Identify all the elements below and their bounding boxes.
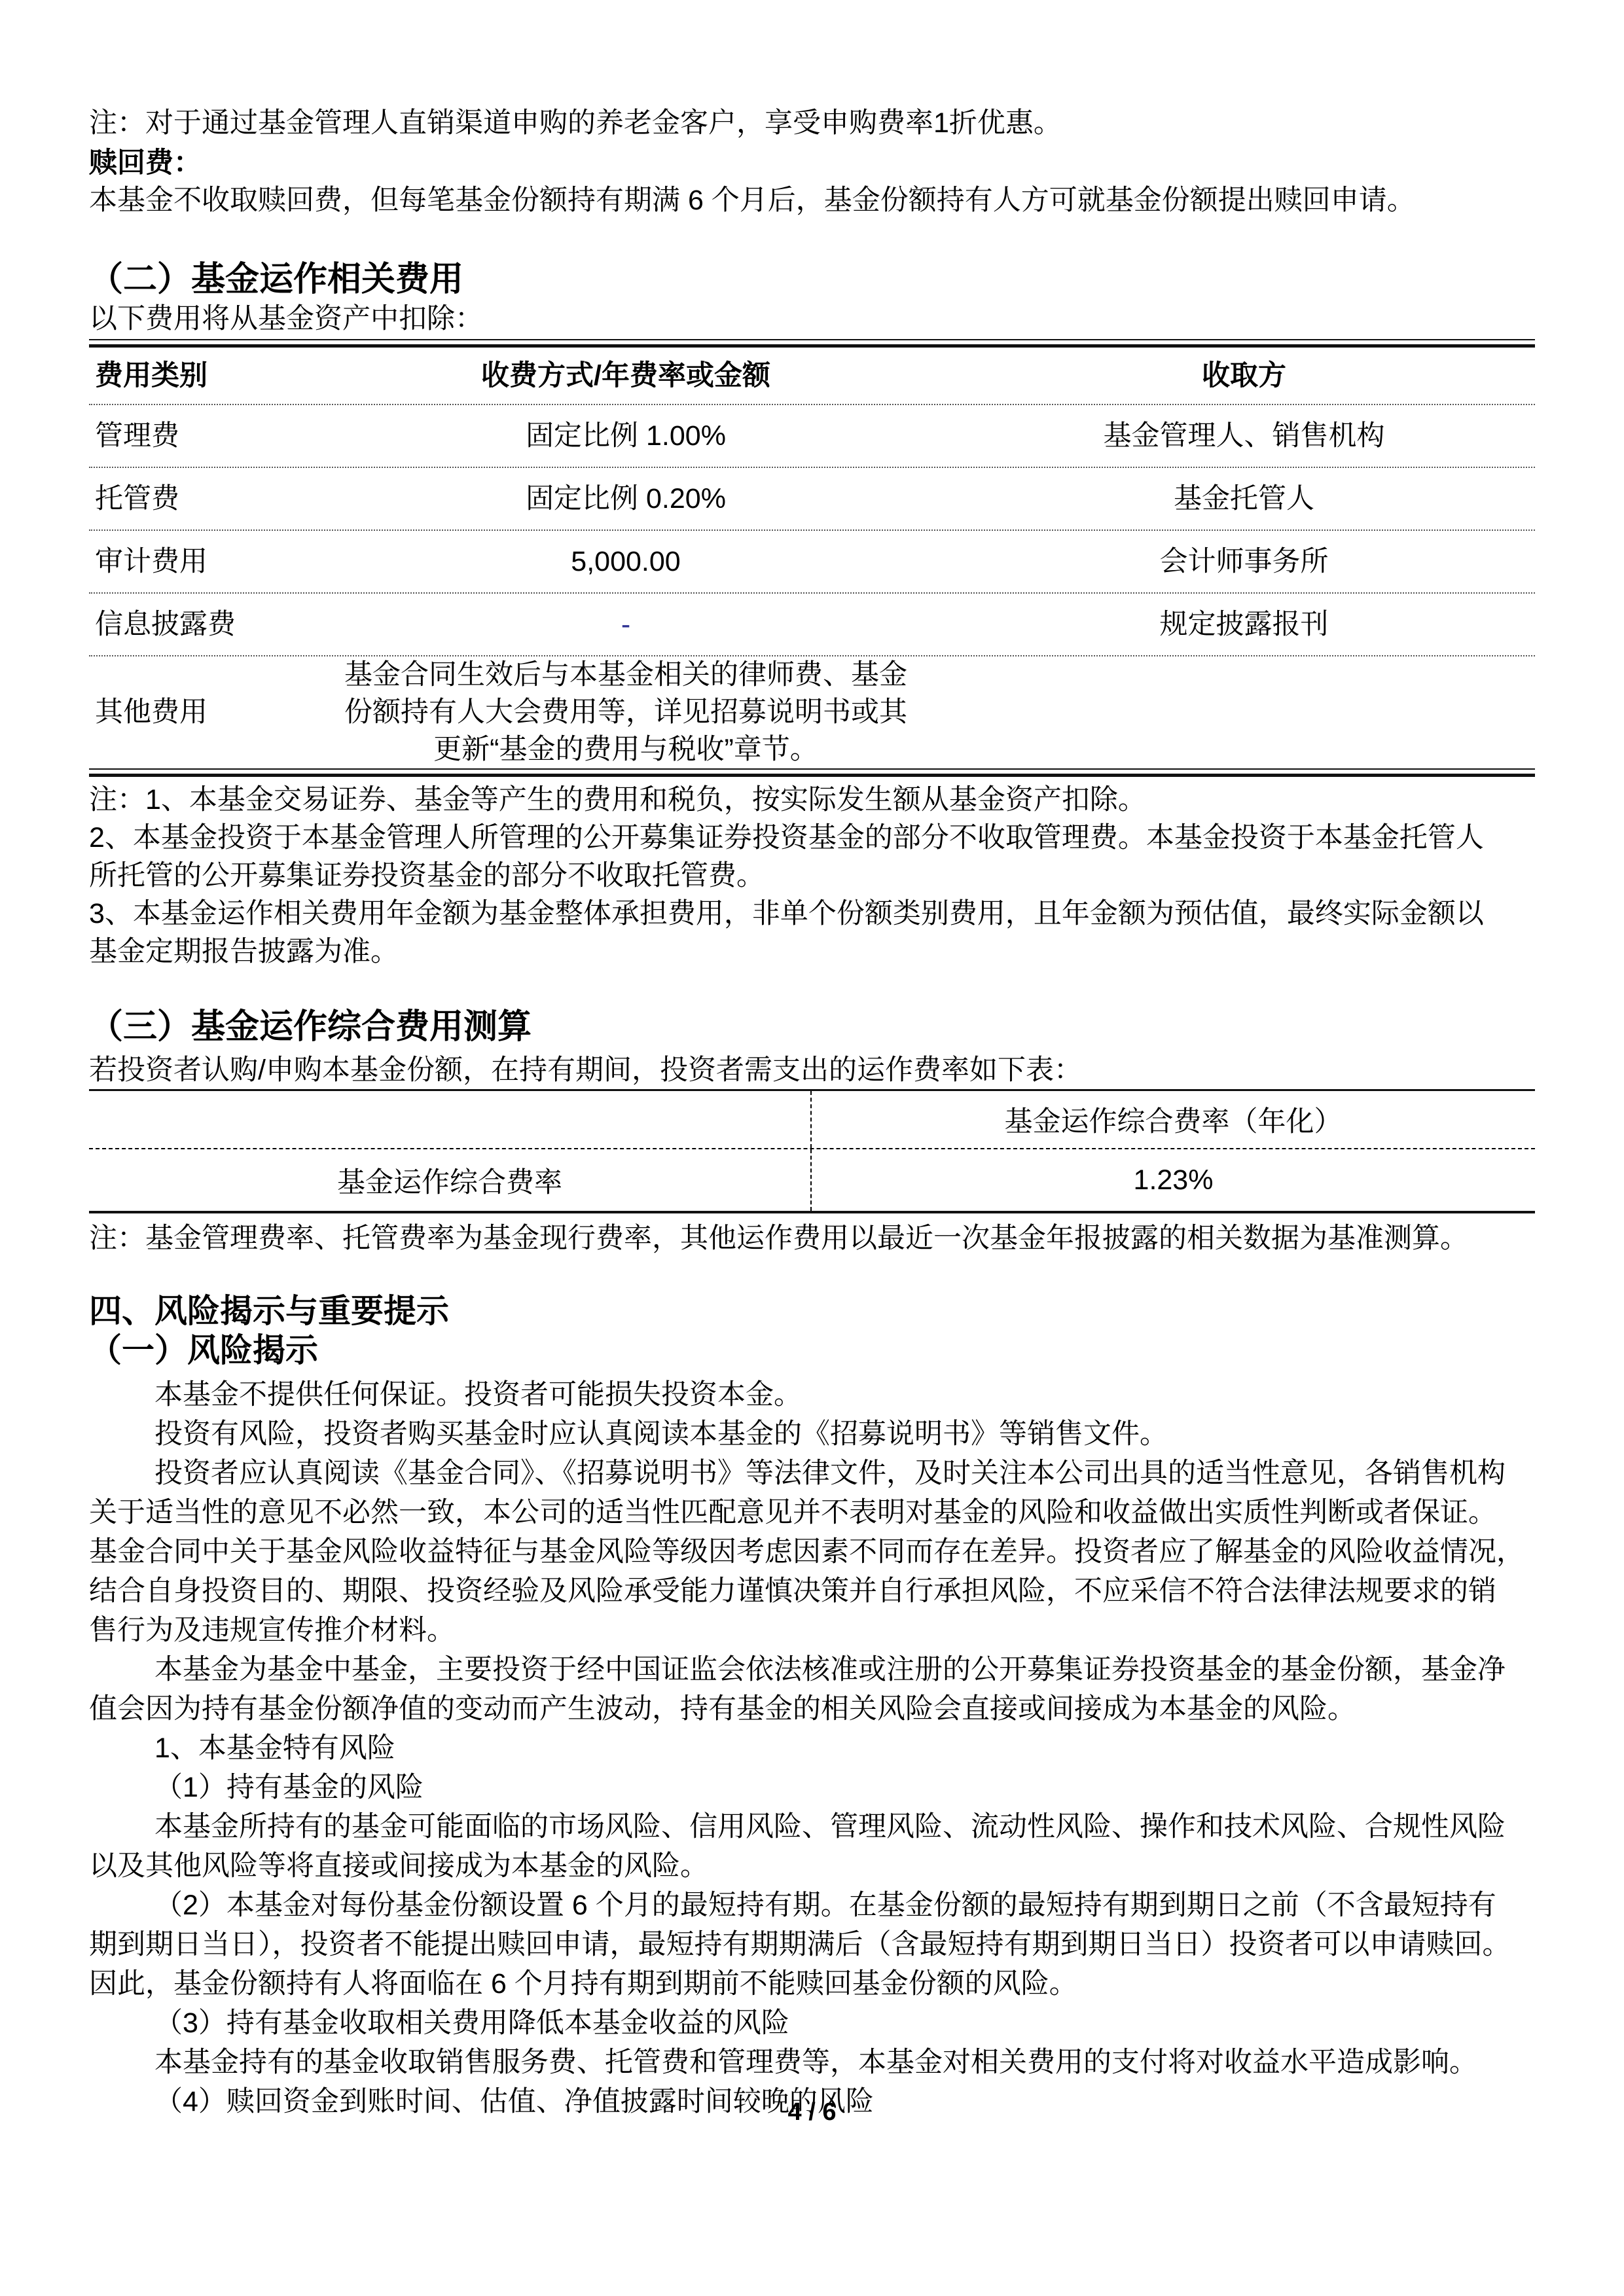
fee-receiver: 会计师事务所 (953, 543, 1535, 581)
paragraph-line: （1）持有基金的风险 (89, 1768, 1535, 1807)
fee-receiver: 基金托管人 (953, 480, 1535, 518)
paragraph-line: 以及其他风险等将直接或间接成为本基金的风险。 (89, 1846, 1535, 1886)
section2-heading: （二）基金运作相关费用 (89, 260, 1535, 299)
document-page: 注：对于通过基金管理人直销渠道申购的养老金客户，享受申购费率1折优惠。 赎回费：… (0, 0, 1624, 2296)
paragraph-line: 售行为及违规宣传推介材料。 (89, 1611, 1535, 1650)
note-line: 所托管的公开募集证券投资基金的部分不收取托管费。 (89, 857, 1535, 895)
table-row: 管理费 固定比例 1.00% 基金管理人、销售机构 (89, 405, 1535, 468)
description-line: 份额持有人大会费用等，详见招募说明书或其 (298, 694, 953, 731)
empty-header-cell (89, 1091, 812, 1148)
risk-disclosure-text: 本基金不提供任何保证。投资者可能损失投资本金。投资有风险，投资者购买基金时应认真… (89, 1375, 1535, 2121)
table1-top-border (89, 339, 1535, 348)
section2-lead: 以下费用将从基金资产中扣除： (89, 300, 1535, 338)
col-header-fee-receiver: 收取方 (953, 357, 1535, 395)
fee-receiver: 基金管理人、销售机构 (953, 418, 1535, 455)
col-header-fee-type: 费用类别 (89, 357, 298, 395)
dash-placeholder: - (298, 606, 953, 643)
operation-fees-table: 费用类别 收费方式/年费率或金额 收取方 管理费 固定比例 1.00% 基金管理… (89, 339, 1535, 777)
paragraph-line: 值会因为持有基金份额净值的变动而产生波动，持有基金的相关风险会直接或间接成为本基… (89, 1689, 1535, 1729)
paragraph-line: 本基金所持有的基金可能面临的市场风险、信用风险、管理风险、流动性风险、操作和技术… (89, 1807, 1535, 1846)
section3-heading: （三）基金运作综合费用测算 (89, 1007, 1535, 1047)
page-number: 4 / 6 (0, 2098, 1624, 2126)
section3-note: 注：基金管理费率、托管费率为基金现行费率，其他运作费用以最近一次基金年报披露的相… (89, 1220, 1535, 1257)
table-row: 审计费用 5,000.00 会计师事务所 (89, 531, 1535, 594)
redemption-fee-body: 本基金不收取赎回费，但每笔基金份额持有期满 6 个月后，基金份额持有人方可就基金… (89, 182, 1535, 219)
annualized-rate-header: 基金运作综合费率（年化） (812, 1100, 1535, 1139)
section4-heading: 四、风险揭示与重要提示 (89, 1291, 1535, 1331)
paragraph-line: 基金合同中关于基金风险收益特征与基金风险等级因考虑因素不同而存在差异。投资者应了… (89, 1532, 1535, 1571)
fee-type: 信息披露费 (89, 606, 298, 643)
paragraph-line: 结合自身投资目的、期限、投资经验及风险承受能力谨慎决策并自行承担风险，不应采信不… (89, 1571, 1535, 1611)
paragraph-line: 期到期日当日），投资者不能提出赎回申请，最短持有期期满后（含最短持有期到期日当日… (89, 1925, 1535, 1964)
description-line: 更新“基金的费用与税收”章节。 (298, 731, 953, 768)
fee-type: 管理费 (89, 418, 298, 455)
table1-notes: 注：1、本基金交易证券、基金等产生的费用和税负，按实际发生额从基金资产扣除。2、… (89, 781, 1535, 971)
paragraph-line: 本基金为基金中基金，主要投资于经中国证监会依法核准或注册的公开募集证券投资基金的… (89, 1650, 1535, 1689)
table-row: 托管费 固定比例 0.20% 基金托管人 (89, 468, 1535, 531)
col-header-fee-method: 收费方式/年费率或金额 (298, 357, 953, 395)
paragraph-line: （3）持有基金收取相关费用降低本基金收益的风险 (89, 2003, 1535, 2043)
table-header-row: 基金运作综合费率（年化） (89, 1091, 1535, 1149)
section4-sub-heading: （一）风险揭示 (89, 1331, 1535, 1370)
fee-type: 其他费用 (89, 694, 298, 731)
paragraph-line: 本基金不提供任何保证。投资者可能损失投资本金。 (89, 1375, 1535, 1414)
rate-label: 基金运作综合费率 (89, 1149, 812, 1211)
table-header-row: 费用类别 收费方式/年费率或金额 收取方 (89, 348, 1535, 405)
note-line: 3、本基金运作相关费用年金额为基金整体承担费用，非单个份额类别费用，且年金额为预… (89, 895, 1535, 933)
fee-method: 固定比例 0.20% (298, 480, 953, 518)
paragraph-line: 本基金持有的基金收取销售服务费、托管费和管理费等，本基金对相关费用的支付将对收益… (89, 2043, 1535, 2082)
paragraph-line: 投资者应认真阅读《基金合同》、《招募说明书》等法律文件，及时关注本公司出具的适当… (89, 1454, 1535, 1493)
paragraph-line: （2）本基金对每份基金份额设置 6 个月的最短持有期。在基金份额的最短持有期到期… (89, 1886, 1535, 1925)
note-line: 注：1、本基金交易证券、基金等产生的费用和税负，按实际发生额从基金资产扣除。 (89, 781, 1535, 819)
note-line: 基金定期报告披露为准。 (89, 933, 1535, 971)
document-content: 注：对于通过基金管理人直销渠道申购的养老金客户，享受申购费率1折优惠。 赎回费：… (89, 0, 1535, 2121)
fee-method: 固定比例 1.00% (298, 418, 953, 455)
table-row: 信息披露费 - 规定披露报刊 (89, 594, 1535, 656)
comprehensive-fee-table: 基金运作综合费率（年化） 基金运作综合费率 1.23% (89, 1089, 1535, 1213)
section3-lead: 若投资者认购/申购本基金份额，在持有期间，投资者需支出的运作费率如下表： (89, 1052, 1535, 1089)
table-row: 基金运作综合费率 1.23% (89, 1149, 1535, 1211)
fee-type: 审计费用 (89, 543, 298, 581)
table-row-other-fees: 其他费用 基金合同生效后与本基金相关的律师费、基金 份额持有人大会费用等，详见招… (89, 656, 1535, 768)
fee-type: 托管费 (89, 480, 298, 518)
redemption-fee-title: 赎回费： (89, 145, 1535, 182)
table1-bottom-border (89, 768, 1535, 777)
description-line: 基金合同生效后与本基金相关的律师费、基金 (298, 656, 953, 694)
fee-amount: 5,000.00 (298, 543, 953, 581)
paragraph-line: 关于适当性的意见不必然一致，本公司的适当性匹配意见并不表明对基金的风险和收益做出… (89, 1493, 1535, 1532)
other-fees-description: 基金合同生效后与本基金相关的律师费、基金 份额持有人大会费用等，详见招募说明书或… (298, 656, 953, 768)
paragraph-line: 1、本基金特有风险 (89, 1729, 1535, 1768)
purchase-discount-note: 注：对于通过基金管理人直销渠道申购的养老金客户，享受申购费率1折优惠。 (89, 0, 1535, 142)
paragraph-line: 投资有风险，投资者购买基金时应认真阅读本基金的《招募说明书》等销售文件。 (89, 1414, 1535, 1454)
rate-value: 1.23% (812, 1164, 1535, 1196)
fee-receiver: 规定披露报刊 (953, 606, 1535, 643)
paragraph-line: 因此，基金份额持有人将面临在 6 个月持有期到期前不能赎回基金份额的风险。 (89, 1964, 1535, 2003)
note-line: 2、本基金投资于本基金管理人所管理的公开募集证券投资基金的部分不收取管理费。本基… (89, 819, 1535, 857)
